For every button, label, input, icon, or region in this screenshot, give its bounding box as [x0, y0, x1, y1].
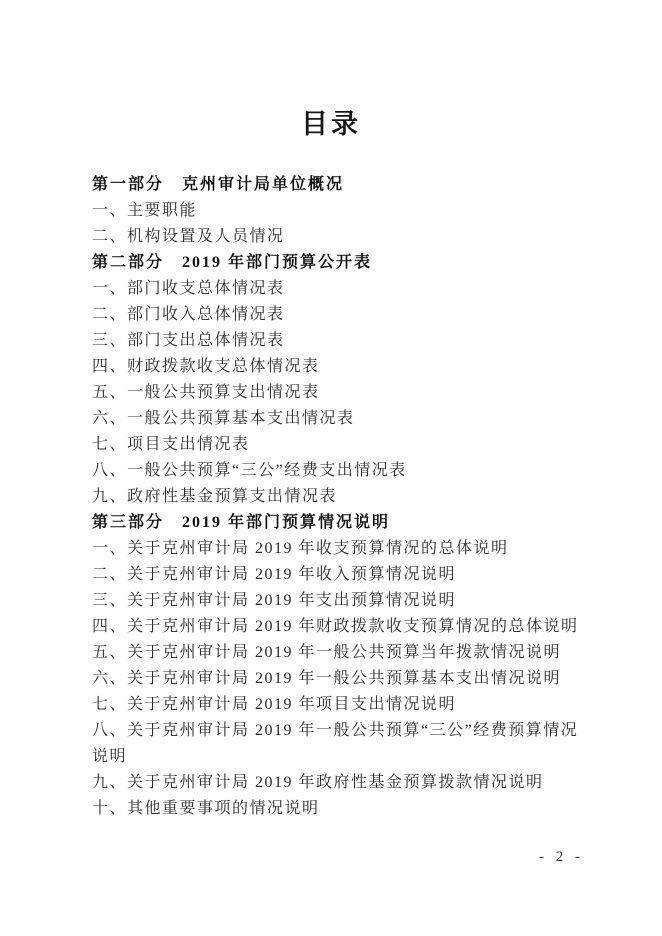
toc-item: 九、关于克州审计局 2019 年政府性基金预算拨款情况说明 — [92, 770, 592, 796]
toc-item: 六、一般公共预算基本支出情况表 — [92, 406, 592, 432]
toc-item: 五、一般公共预算支出情况表 — [92, 380, 592, 406]
toc-item: 四、财政拨款收支总体情况表 — [92, 354, 592, 380]
toc-item: 一、主要职能 — [92, 198, 592, 224]
toc-section-2-heading: 第二部分 2019 年部门预算公开表 — [92, 250, 592, 276]
toc-item: 二、部门收入总体情况表 — [92, 302, 592, 328]
toc-section-3-heading: 第三部分 2019 年部门预算情况说明 — [92, 510, 592, 536]
toc-item: 六、关于克州审计局 2019 年一般公共预算基本支出情况说明 — [92, 666, 592, 692]
toc-item: 七、项目支出情况表 — [92, 432, 592, 458]
toc-section-1-heading: 第一部分 克州审计局单位概况 — [92, 172, 592, 198]
page-title: 目录 — [0, 104, 662, 144]
toc-item: 二、关于克州审计局 2019 年收入预算情况说明 — [92, 562, 592, 588]
toc-item: 一、部门收支总体情况表 — [92, 276, 592, 302]
toc-item: 二、机构设置及人员情况 — [92, 224, 592, 250]
toc-item: 十、其他重要事项的情况说明 — [92, 796, 592, 822]
toc-item: 七、关于克州审计局 2019 年项目支出情况说明 — [92, 692, 592, 718]
toc-item: 八、一般公共预算“三公”经费支出情况表 — [92, 458, 592, 484]
toc-item: 四、关于克州审计局 2019 年财政拨款收支预算情况的总体说明 — [92, 614, 592, 640]
toc-item: 一、关于克州审计局 2019 年收支预算情况的总体说明 — [92, 536, 592, 562]
toc-item: 九、政府性基金预算支出情况表 — [92, 484, 592, 510]
toc-item: 五、关于克州审计局 2019 年一般公共预算当年拨款情况说明 — [92, 640, 592, 666]
table-of-contents: 第一部分 克州审计局单位概况 一、主要职能 二、机构设置及人员情况 第二部分 2… — [92, 172, 592, 822]
toc-item: 八、关于克州审计局 2019 年一般公共预算“三公”经费预算情况说明 — [92, 718, 592, 770]
toc-item: 三、关于克州审计局 2019 年支出预算情况说明 — [92, 588, 592, 614]
document-page: 目录 第一部分 克州审计局单位概况 一、主要职能 二、机构设置及人员情况 第二部… — [0, 0, 662, 936]
page-number: - 2 - — [539, 846, 584, 868]
toc-item: 三、部门支出总体情况表 — [92, 328, 592, 354]
